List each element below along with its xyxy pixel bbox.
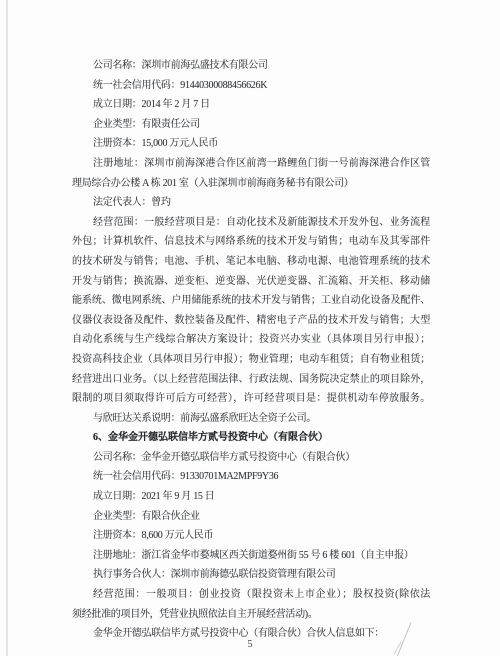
- text-line: 统一社会信用代码：91330701MA2MPF9Y36: [72, 467, 430, 487]
- text-line: 成立日期：2014 年 2 月 7 日: [72, 95, 430, 115]
- text-line: 须经批准的项目外，凭营业执照依法自主开展经营活动)。: [72, 605, 430, 625]
- text-line: 企业类型：有限责任公司: [72, 115, 430, 135]
- text-line: 注册资本：8,600 万元人民币: [72, 526, 430, 546]
- text-line: 仪器仪表设备及配件、数控装备及配件、精密电子产品的技术开发与销售；大型: [72, 311, 430, 331]
- scanned-document-page: 公司名称：深圳市前海弘盛技术有限公司统一社会信用代码：9144030008845…: [0, 0, 500, 656]
- text-line: 统一社会信用代码：91440300088456626K: [72, 76, 430, 96]
- text-line: 开发与销售；换流器、逆变柜、逆变器、光伏逆变器、汇流箱、开关柜、移动储: [72, 272, 430, 292]
- text-line: 执行事务合伙人：深圳市前海德弘联信投资管理有限公司: [72, 565, 430, 585]
- text-line: 能系统、微电网系统、户用储能系统的技术开发与销售；工业自动化设备及配件、: [72, 291, 430, 311]
- page-number: 5: [0, 639, 500, 650]
- text-line: 经营进出口业务。（以上经营范围法律、行政法规、国务院决定禁止的项目除外，: [72, 370, 430, 390]
- text-line: 注册地址：深圳市前海深港合作区前湾一路鲤鱼门街一号前海深港合作区管: [72, 154, 430, 174]
- text-line: 经营范围：一般项目：创业投资（限投资未上市企业）；股权投资(除依法: [72, 585, 430, 605]
- text-line: 自动化系统与生产线综合解决方案设计；投资兴办实业（具体项目另行申报）；: [72, 330, 430, 350]
- text-line: 经营范围：一般经营项目是：自动化技术及新能源技术开发外包、业务流程: [72, 213, 430, 233]
- text-line: 投资高科技企业（具体项目另行申报）；物业管理；电动车租赁；自有物业租赁；: [72, 350, 430, 370]
- text-line: 注册地址：浙江省金华市婺城区西关街道婺州街 55 号 6 楼 601（自主申报）: [72, 546, 430, 566]
- text-line: 公司名称：金华金开德弘联信毕方贰号投资中心（有限合伙）: [72, 448, 430, 468]
- text-line: 限制的项目须取得许可后方可经营），许可经营项目是：提供机动车停放服务。: [72, 389, 430, 409]
- text-line: 注册资本：15,000 万元人民币: [72, 134, 430, 154]
- document-text-block: 公司名称：深圳市前海弘盛技术有限公司统一社会信用代码：9144030008845…: [72, 56, 430, 644]
- text-line: 的技术研发与销售；电池、手机、笔记本电脑、移动电源、电池管理系统的技术: [72, 252, 430, 272]
- text-line: 理局综合办公楼 A 栋 201 室（入驻深圳市前海商务秘书有限公司）: [72, 174, 430, 194]
- text-line: 企业类型：有限合伙企业: [72, 507, 430, 527]
- text-line: 公司名称：深圳市前海弘盛技术有限公司: [72, 56, 430, 76]
- text-line: 与欣旺达关系说明：前海弘盛系欣旺达全资子公司。: [72, 409, 430, 429]
- text-line: 成立日期：2021 年 9 月 15 日: [72, 487, 430, 507]
- section-heading: 6、金华金开德弘联信毕方贰号投资中心（有限合伙）: [72, 428, 430, 448]
- text-line: 外包；计算机软件、信息技术与网络系统的技术开发与销售；电动车及其零部件: [72, 232, 430, 252]
- text-line: 法定代表人：曾玓: [72, 193, 430, 213]
- scan-edge-artifact: [6, 0, 8, 656]
